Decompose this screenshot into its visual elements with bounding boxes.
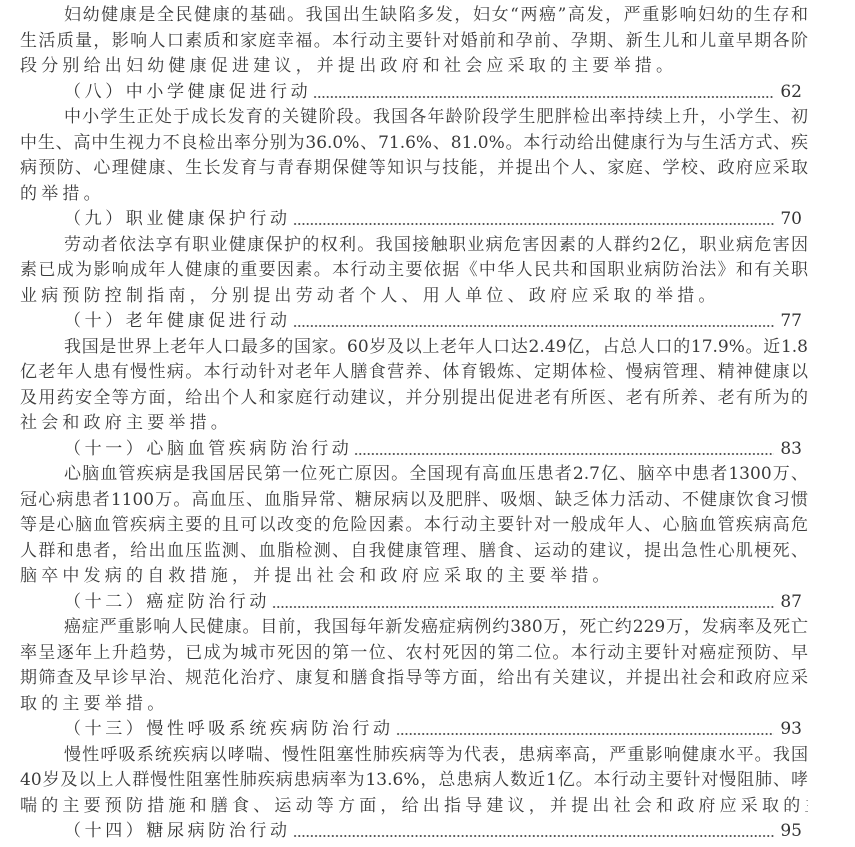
dot-leader bbox=[293, 819, 775, 844]
paragraph-line: 冠心病患者1100万。高血压、血脂异常、糖尿病以及肥胖、吸烟、缺乏体力活动、不健… bbox=[20, 488, 808, 513]
paragraph-line: 劳动者依法享有职业健康保护的权利。我国接触职业病危害因素的人群约2亿，职业病危害… bbox=[64, 233, 808, 258]
document-page: 妇幼健康是全民健康的基础。我国出生缺陷多发，妇女“两癌”高发，严重影响妇幼的生存… bbox=[0, 0, 855, 847]
paragraph-line: 等是心脑血管疾病主要的且可以改变的危险因素。本行动主要针对一般成年人、心脑血管疾… bbox=[20, 513, 808, 538]
paragraph-line: 的举措。 bbox=[20, 182, 808, 207]
paragraph-line: 业病预防控制指南，分别提出劳动者个人、用人单位、政府应采取的举措。 bbox=[20, 284, 808, 309]
paragraph-line: 妇幼健康是全民健康的基础。我国出生缺陷多发，妇女“两癌”高发，严重影响妇幼的生存… bbox=[64, 3, 808, 28]
paragraph-line: 我国是世界上老年人口最多的国家。60岁及以上老年人口达2.49亿，占总人口的17… bbox=[64, 335, 808, 360]
toc-entry-title: （十三）慢性呼吸系统疾病防治行动 bbox=[64, 717, 394, 742]
paragraph-line: 中生、高中生视力不良检出率分别为36.0%、71.6%、81.0%。本行动给出健… bbox=[20, 131, 808, 156]
paragraph-line: 40岁及以上人群慢性阻塞性肺疾病患病率为13.6%，总患病人数近1亿。本行动主要… bbox=[20, 768, 808, 793]
toc-entry[interactable]: （十三）慢性呼吸系统疾病防治行动93 bbox=[64, 717, 802, 742]
paragraph-line: 癌症严重影响人民健康。目前，我国每年新发癌症病例约380万，死亡约229万，发病… bbox=[64, 615, 808, 640]
dot-leader bbox=[272, 590, 774, 615]
toc-page-number: 83 bbox=[780, 437, 802, 462]
toc-entry[interactable]: （十四）糖尿病防治行动95 bbox=[64, 819, 802, 844]
paragraph-line: 人群和患者，给出血压监测、血脂检测、自我健康管理、膳食、运动的建议，提出急性心肌… bbox=[20, 539, 808, 564]
toc-entry-title: （十四）糖尿病防治行动 bbox=[64, 819, 291, 844]
dot-leader bbox=[396, 717, 775, 742]
toc-entry[interactable]: （十一）心脑血管疾病防治行动83 bbox=[64, 437, 802, 462]
paragraph-line: 中小学生正处于成长发育的关键阶段。我国各年龄阶段学生肥胖检出率持续上升，小学生、… bbox=[64, 105, 808, 130]
paragraph-line: 脑卒中发病的自救措施，并提出社会和政府应采取的主要举措。 bbox=[20, 564, 808, 589]
dot-leader bbox=[293, 309, 775, 334]
toc-entry[interactable]: （八）中小学健康促进行动62 bbox=[64, 80, 802, 105]
toc-entry[interactable]: （九）职业健康保护行动70 bbox=[64, 207, 802, 232]
paragraph-line: 及用药安全等方面，给出个人和家庭行动建议，并分别提出促进老有所医、老有所养、老有… bbox=[20, 386, 808, 411]
toc-page-number: 77 bbox=[780, 309, 802, 334]
paragraph-line: 生活质量，影响人口素质和家庭幸福。本行动主要针对婚前和孕前、孕期、新生儿和儿童早… bbox=[20, 29, 808, 54]
toc-entry-title: （八）中小学健康促进行动 bbox=[64, 80, 311, 105]
paragraph-line: 素已成为影响成年人健康的重要因素。本行动主要依据《中华人民共和国职业病防治法》和… bbox=[20, 258, 808, 283]
paragraph-line: 社会和政府主要举措。 bbox=[20, 411, 808, 436]
dot-leader bbox=[293, 207, 775, 232]
paragraph-line: 期筛查及早诊早治、规范化治疗、康复和膳食指导等方面，给出有关建议，并提出社会和政… bbox=[20, 666, 808, 691]
toc-entry[interactable]: （十）老年健康促进行动77 bbox=[64, 309, 802, 334]
paragraph-line: 喘的主要预防措施和膳食、运动等方面，给出指导建议，并提出社会和政府应采取的主要举… bbox=[20, 794, 808, 819]
toc-page-number: 62 bbox=[780, 80, 802, 105]
toc-entry[interactable]: （十二）癌症防治行动87 bbox=[64, 590, 802, 615]
paragraph-line: 亿老年人患有慢性病。本行动针对老年人膳食营养、体育锻炼、定期体检、慢病管理、精神… bbox=[20, 360, 808, 385]
toc-entry-title: （十一）心脑血管疾病防治行动 bbox=[64, 437, 352, 462]
toc-entry-title: （十二）癌症防治行动 bbox=[64, 590, 270, 615]
toc-page-number: 93 bbox=[780, 717, 802, 742]
paragraph-line: 取的主要举措。 bbox=[20, 692, 808, 717]
dot-leader bbox=[354, 437, 774, 462]
dot-leader bbox=[313, 80, 774, 105]
toc-entry-title: （十）老年健康促进行动 bbox=[64, 309, 291, 334]
paragraph-line: 慢性呼吸系统疾病以哮喘、慢性阻塞性肺疾病等为代表，患病率高，严重影响健康水平。我… bbox=[64, 743, 808, 768]
toc-page-number: 95 bbox=[780, 819, 802, 844]
paragraph-line: 率呈逐年上升趋势，已成为城市死因的第一位、农村死因的第二位。本行动主要针对癌症预… bbox=[20, 641, 808, 666]
paragraph-line: 心脑血管疾病是我国居民第一位死亡原因。全国现有高血压患者2.7亿、脑卒中患者13… bbox=[64, 462, 808, 487]
toc-page-number: 70 bbox=[780, 207, 802, 232]
paragraph-line: 病预防、心理健康、生长发育与青春期保健等知识与技能，并提出个人、家庭、学校、政府… bbox=[20, 156, 808, 181]
paragraph-line: 段分别给出妇幼健康促进建议，并提出政府和社会应采取的主要举措。 bbox=[20, 54, 808, 79]
toc-page-number: 87 bbox=[780, 590, 802, 615]
toc-entry-title: （九）职业健康保护行动 bbox=[64, 207, 291, 232]
